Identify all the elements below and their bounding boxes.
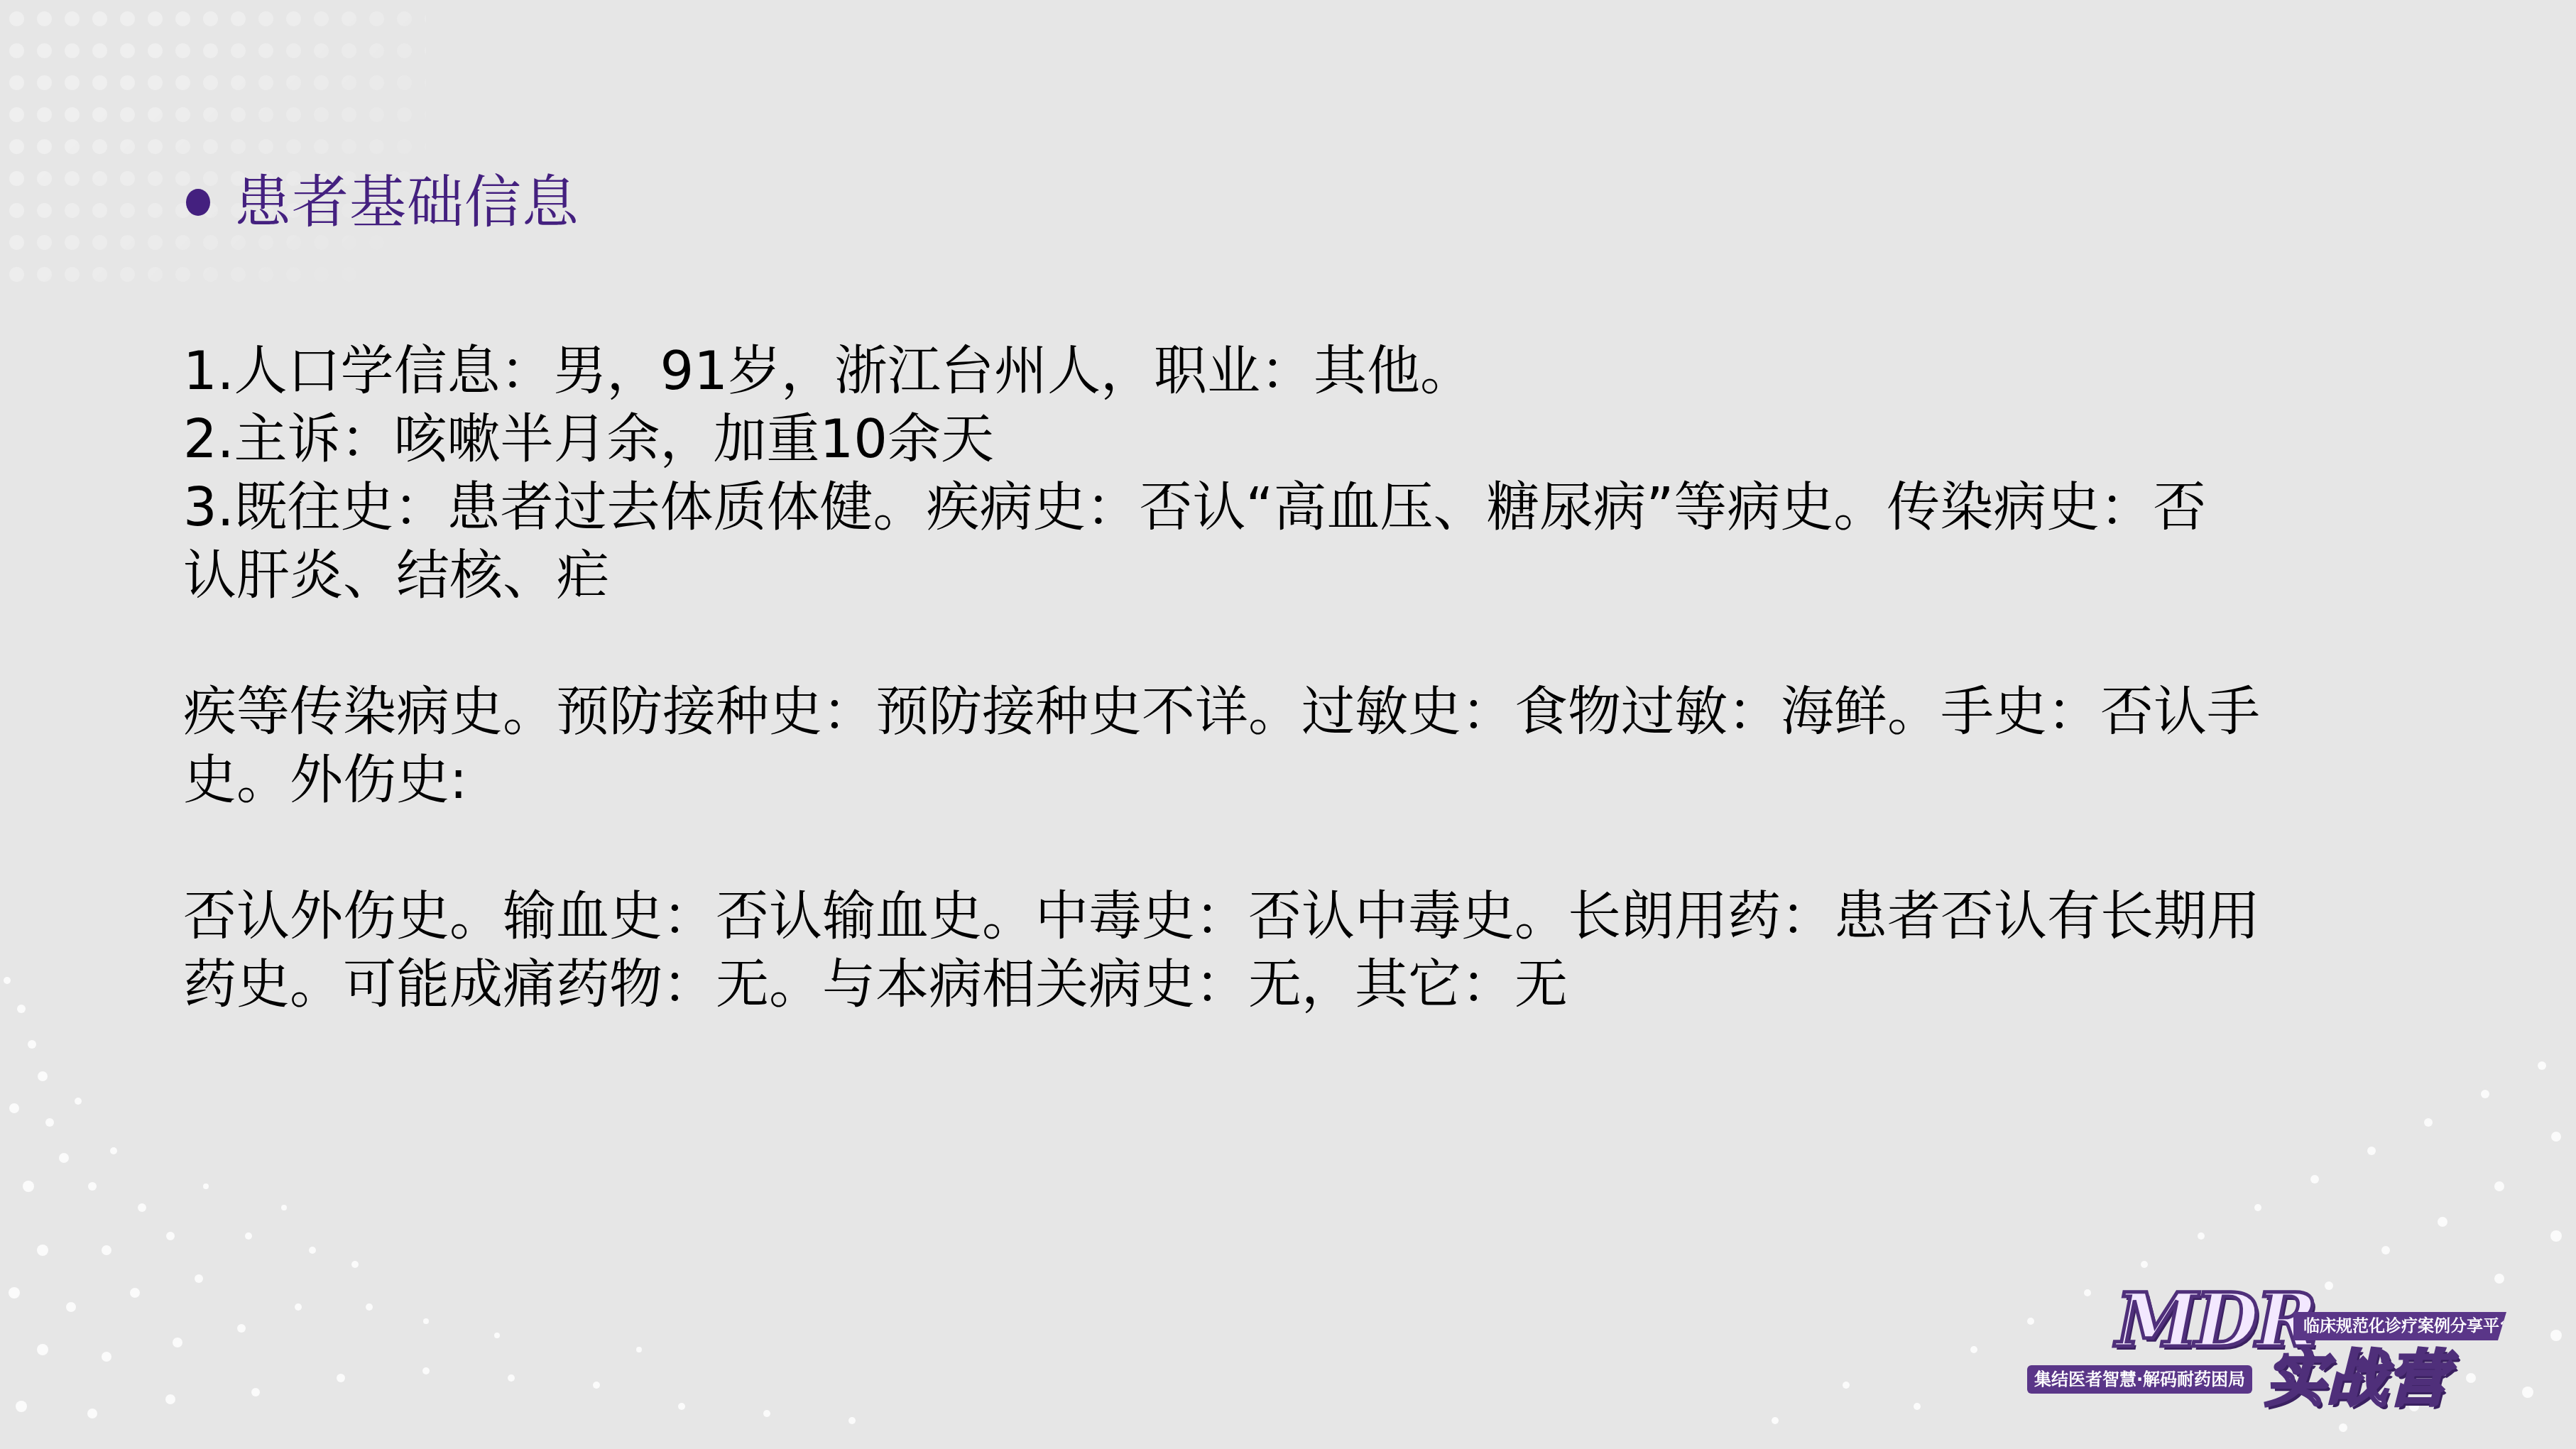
history-line-6: 药史。可能成痛药物：无。与本病相关病史：无，其它：无 (183, 950, 2420, 1018)
patient-info-body: 1.人口学信息：男，91岁，浙江台州人，职业：其他。 2.主诉：咳嗽半月余，加重… (183, 337, 2420, 1018)
paragraph-gap (183, 814, 2420, 882)
logo-slogan: 集结医者智慧·解码耐药困局 (2027, 1365, 2252, 1394)
paragraph-gap (183, 609, 2420, 677)
history-line-1: 3.既往史：患者过去体质体健。疾病史：否认“高血压、糖尿病”等病史。传染病史：否 (183, 473, 2420, 541)
mdr-camp-logo: MDR 临床规范化诊疗案例分享平台 集结医者智慧·解码耐药困局 实战营 (2027, 1284, 2538, 1426)
chief-complaint-line: 2.主诉：咳嗽半月余，加重10余天 (183, 405, 2420, 473)
history-line-2: 认肝炎、结核、疟 (183, 541, 2420, 609)
section-heading: 患者基础信息 (186, 174, 579, 231)
demographics-line: 1.人口学信息：男，91岁，浙江台州人，职业：其他。 (183, 337, 2420, 405)
section-title: 患者基础信息 (234, 174, 579, 231)
logo-camp-title: 实战营 (2265, 1349, 2448, 1410)
history-line-3: 疾等传染病史。预防接种史：预防接种史不详。过敏史：食物过敏：海鲜。手史：否认手 (183, 677, 2420, 745)
history-line-5: 否认外伤史。输血史：否认输血史。中毒史：否认中毒史。长朗用药：患者否认有长期用 (183, 882, 2420, 950)
history-line-4: 史。外伤史: (183, 745, 2420, 814)
logo-banner: 临床规范化诊疗案例分享平台 (2293, 1312, 2506, 1340)
decorative-dot-grid (0, 0, 426, 298)
bullet-icon (186, 189, 210, 216)
